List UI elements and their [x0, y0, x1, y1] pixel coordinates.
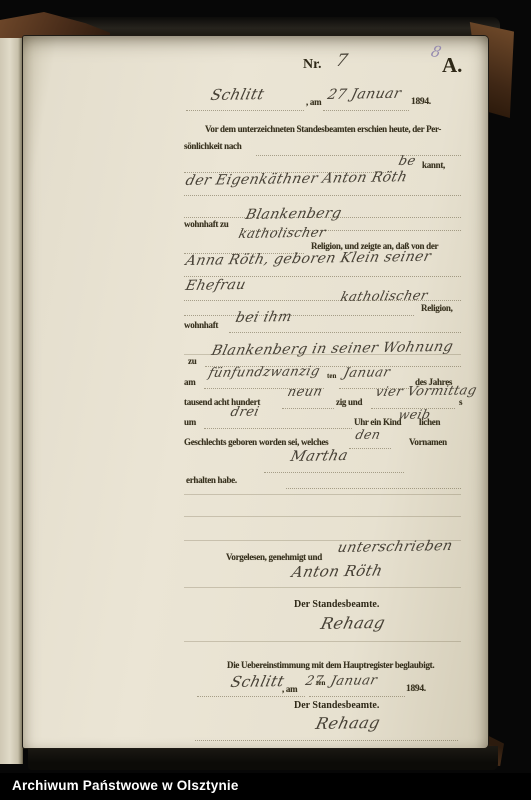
bekannt-prefix-handwritten: be [397, 154, 417, 169]
registry-place-handwritten: Schlitt [209, 85, 266, 104]
year-printed: 1894. [411, 97, 431, 107]
hour-handwritten: drei [229, 405, 261, 420]
geschlechts-line: Geschlechts geboren worden sei, welches [184, 437, 328, 447]
religion-2-printed: Religion, [421, 303, 453, 313]
ruled-line [204, 427, 352, 429]
ruled-line [349, 447, 391, 449]
record-date-handwritten: 27 Januar [326, 86, 403, 103]
ruled-line [197, 695, 305, 697]
archive-watermark-label: Archiwum Państwowe w Olsztynie [12, 778, 239, 793]
wohnhaft-handwritten: bei ihm [234, 309, 294, 326]
form-letter: A. [442, 53, 462, 78]
certification-statement: Die Uebereinstimmung mit dem Hauptregist… [227, 660, 434, 670]
scanned-register-photo: 8 Nr. 7 A. Schlitt , am 27 Januar 1894. … [0, 0, 531, 800]
register-page: 8 Nr. 7 A. Schlitt , am 27 Januar 1894. … [23, 36, 488, 748]
certification-place-handwritten: Schlitt [229, 672, 286, 691]
zu-label: zu [188, 356, 196, 366]
am-birth-label: am [184, 377, 195, 387]
lichen-label: lichen [419, 417, 440, 427]
ruled-line [184, 493, 461, 495]
certification-ten-label: ten [316, 679, 325, 687]
registrar-signature-1: Rehaag [319, 613, 387, 633]
birth-month-handwritten: Januar [342, 365, 392, 381]
birth-day-handwritten: fünfundzwanzig [207, 364, 321, 381]
ruled-line [256, 154, 461, 156]
um-label: um [184, 417, 196, 427]
facing-page-edge [0, 38, 23, 764]
registrar-title-2: Der Standesbeamte. [294, 700, 379, 711]
ruled-line [264, 471, 404, 473]
s-suffix-label: s [459, 397, 462, 407]
den-handwritten: den [354, 427, 382, 442]
registrar-signature-2: Rehaag [314, 713, 382, 733]
certification-am-label: , am [282, 684, 297, 694]
zig-und-label: zig und [336, 397, 362, 407]
am-label: , am [306, 97, 321, 107]
certification-month-handwritten: Januar [329, 673, 379, 689]
record-number-value: 7 [334, 51, 350, 71]
book-binding-bottom-edge [28, 746, 498, 770]
ruled-line [184, 586, 461, 588]
ruled-line [184, 640, 461, 642]
child-name-handwritten: Martha [289, 448, 350, 465]
religion-1-handwritten: katholischer [237, 225, 327, 242]
ruled-line [323, 109, 409, 111]
bekannt-printed: kannt, [422, 160, 445, 170]
certification-year-printed: 1894. [406, 684, 426, 694]
birth-place-handwritten: Blankenberg in seiner Wohnung [210, 339, 455, 359]
decade-handwritten: neun [286, 384, 324, 400]
ruled-line [229, 331, 461, 333]
uhr-ein-kind-label: Uhr ein Kind [354, 417, 401, 427]
year-time-handwritten: vier Vormittag [374, 383, 478, 400]
ruled-line [184, 515, 461, 517]
mother-relation-handwritten: Ehefrau [184, 277, 248, 294]
religion-2-handwritten: katholischer [339, 288, 429, 305]
residence-handwritten: Blankenberg [244, 205, 343, 223]
declarant-handwritten: der Eigenkäthner Anton Röth [184, 169, 409, 189]
ruled-line [286, 487, 461, 489]
vorgelesen-label: Vorgelesen, genehmigt und [226, 552, 322, 562]
ruled-line [195, 739, 458, 741]
ruled-line [282, 407, 334, 409]
record-number-label: Nr. [303, 57, 322, 73]
ten-ordinal-label: ten [327, 372, 336, 380]
unterschrieben-handwritten: unterschrieben [336, 538, 454, 556]
erhalten-habe-label: erhalten habe. [186, 475, 237, 485]
ruled-line [309, 695, 405, 697]
intro-line-1: Vor dem unterzeichneten Standesbeamten e… [205, 124, 441, 134]
vornamen-label: Vornamen [409, 437, 447, 447]
ruled-line [184, 194, 461, 196]
ruled-line [184, 314, 414, 316]
intro-line-2: sönlichkeit nach [184, 141, 241, 151]
ruled-line [186, 109, 304, 111]
declarant-signature: Anton Röth [290, 561, 385, 581]
wohnhaft-label: wohnhaft [184, 320, 218, 330]
registrar-title-1: Der Standesbeamte. [294, 599, 379, 610]
archive-watermark-bar: Archiwum Państwowe w Olsztynie [0, 773, 531, 800]
wohnhaft-zu-label: wohnhaft zu [184, 219, 228, 229]
mother-name-handwritten: Anna Röth, geboren Klein seiner [184, 249, 433, 269]
